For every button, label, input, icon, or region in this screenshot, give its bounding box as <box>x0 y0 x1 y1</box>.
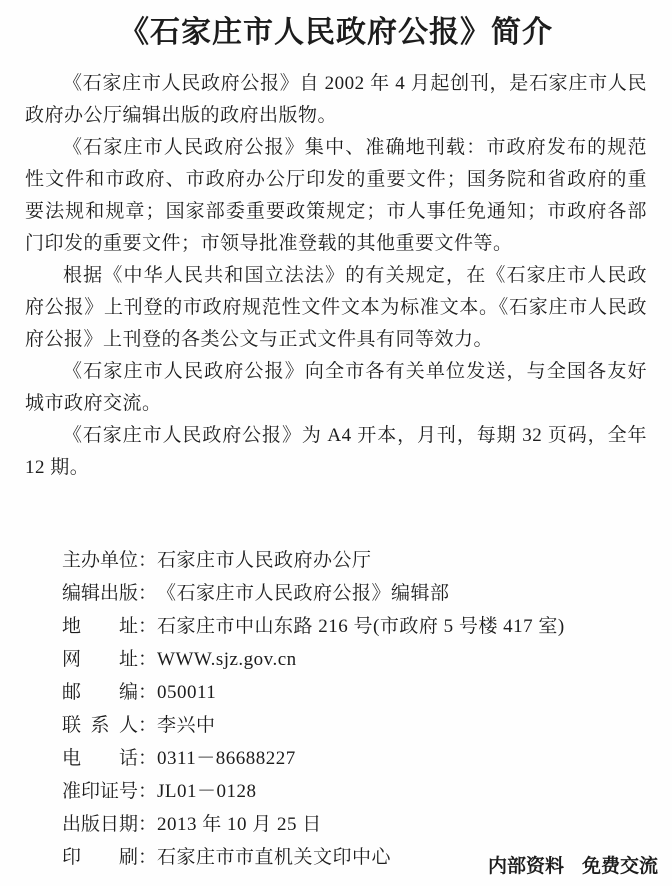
detail-row-organizer: 主办单位：石家庄市人民政府办公厅 <box>62 544 647 577</box>
detail-label: 印刷 <box>62 841 138 874</box>
intro-paragraph-1: 《石家庄市人民政府公报》自 2002 年 4 月起创刊，是石家庄市人民政府办公厅… <box>25 68 647 132</box>
detail-value: 石家庄市人民政府办公厅 <box>157 550 372 571</box>
intro-paragraph-4: 《石家庄市人民政府公报》向全市各有关单位发送，与全国各友好城市政府交流。 <box>25 356 647 420</box>
detail-value: 石家庄市中山东路 216 号(市政府 5 号楼 417 室) <box>157 616 565 637</box>
detail-value: 李兴中 <box>157 715 216 736</box>
detail-value: 石家庄市市直机关文印中心 <box>157 847 391 868</box>
detail-label: 出版日期 <box>62 808 138 841</box>
detail-colon: ： <box>138 841 157 874</box>
detail-row-publisher: 编辑出版：《石家庄市人民政府公报》编辑部 <box>62 577 647 610</box>
detail-colon: ： <box>138 643 157 676</box>
detail-label: 地址 <box>62 610 138 643</box>
detail-row-phone: 电话：0311－86688227 <box>62 742 647 775</box>
detail-row-permit-number: 准印证号：JL01－0128 <box>62 775 647 808</box>
detail-label: 编辑出版 <box>62 577 138 610</box>
detail-row-contact: 联系人：李兴中 <box>62 709 647 742</box>
detail-colon: ： <box>138 775 157 808</box>
detail-colon: ： <box>138 709 157 742</box>
footer-note: 内部资料 免费交流 <box>488 851 658 878</box>
detail-label: 邮编 <box>62 676 138 709</box>
detail-colon: ： <box>138 676 157 709</box>
intro-section: 《石家庄市人民政府公报》自 2002 年 4 月起创刊，是石家庄市人民政府办公厅… <box>25 68 647 484</box>
detail-label: 电话 <box>62 742 138 775</box>
detail-row-website: 网址：WWW.sjz.gov.cn <box>62 643 647 676</box>
intro-paragraph-3: 根据《中华人民共和国立法法》的有关规定，在《石家庄市人民政府公报》上刊登的市政府… <box>25 260 647 356</box>
detail-value: WWW.sjz.gov.cn <box>157 649 297 670</box>
intro-paragraph-2: 《石家庄市人民政府公报》集中、准确地刊载：市政府发布的规范性文件和市政府、市政府… <box>25 132 647 260</box>
detail-colon: ： <box>138 808 157 841</box>
detail-label: 网址 <box>62 643 138 676</box>
detail-value: 0311－86688227 <box>157 748 296 769</box>
page-title: 《石家庄市人民政府公报》简介 <box>25 10 647 54</box>
detail-value: 2013 年 10 月 25 日 <box>157 814 322 835</box>
detail-colon: ： <box>138 577 157 610</box>
detail-colon: ： <box>138 610 157 643</box>
detail-row-address: 地址：石家庄市中山东路 216 号(市政府 5 号楼 417 室) <box>62 610 647 643</box>
publication-details: 主办单位：石家庄市人民政府办公厅 编辑出版：《石家庄市人民政府公报》编辑部 地址… <box>62 544 647 874</box>
footer-internal-material-label: 内部资料 <box>488 851 564 878</box>
intro-paragraph-5: 《石家庄市人民政府公报》为 A4 开本，月刊，每期 32 页码，全年 12 期。 <box>25 420 647 484</box>
detail-row-publish-date: 出版日期：2013 年 10 月 25 日 <box>62 808 647 841</box>
detail-label: 联系人 <box>62 709 138 742</box>
detail-label: 准印证号 <box>62 775 138 808</box>
detail-label: 主办单位 <box>62 544 138 577</box>
detail-value: 《石家庄市人民政府公报》编辑部 <box>157 583 450 604</box>
detail-colon: ： <box>138 544 157 577</box>
gazette-intro-page: 《石家庄市人民政府公报》简介 《石家庄市人民政府公报》自 2002 年 4 月起… <box>0 0 672 886</box>
detail-value: 050011 <box>157 682 216 703</box>
footer-free-exchange-label: 免费交流 <box>582 851 658 878</box>
detail-colon: ： <box>138 742 157 775</box>
detail-row-postcode: 邮编：050011 <box>62 676 647 709</box>
detail-value: JL01－0128 <box>157 781 257 802</box>
